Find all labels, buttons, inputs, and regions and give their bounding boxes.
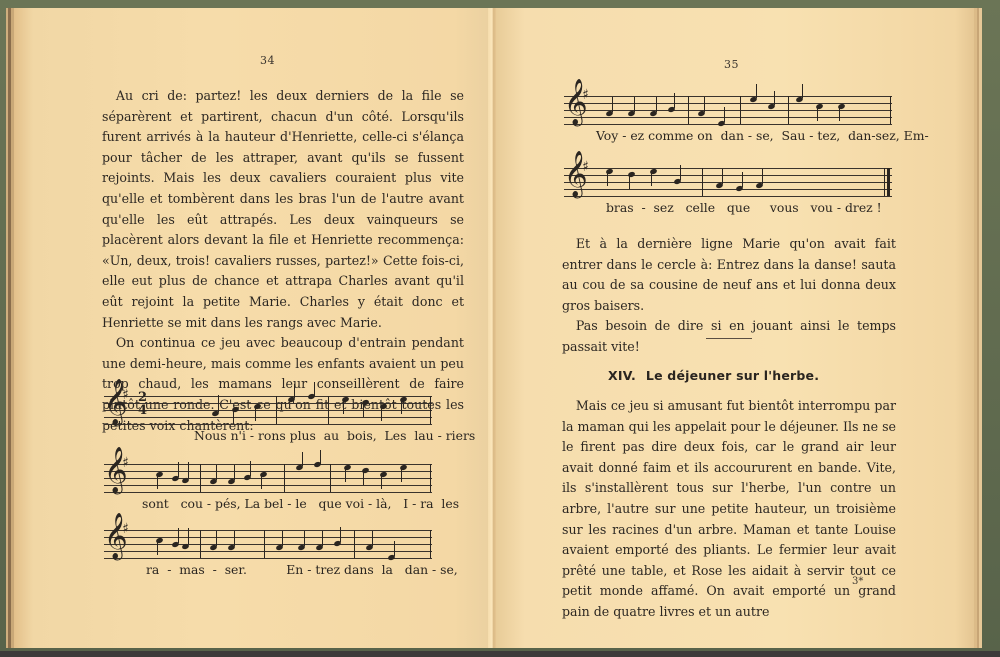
music-staff-4: 𝄞 ♯ Voy - ez comme on dan - se, Sau - te…: [564, 92, 892, 148]
page-number-left: 34: [260, 54, 275, 67]
sharp-icon: ♯: [582, 87, 589, 103]
cover-edge: [0, 651, 1000, 657]
paragraph: Pas besoin de dire si en jouant ainsi le…: [562, 316, 896, 357]
chapter-title: Le déjeuner sur l'herbe.: [646, 368, 819, 383]
paragraph: Au cri de: partez! les deux derniers de …: [102, 86, 464, 333]
staff-lines: [104, 464, 432, 492]
time-signature: 24: [138, 391, 147, 417]
sharp-icon: ♯: [582, 159, 589, 175]
chapter-number: XIV.: [608, 368, 636, 383]
paragraph: Mais ce jeu si amusant fut bientôt inter…: [562, 396, 896, 623]
chapter-heading: XIV.Le déjeuner sur l'herbe.: [608, 368, 819, 383]
staff-lines: [564, 168, 892, 196]
staff-lines: [104, 396, 432, 424]
music-staff-3: 𝄞 ♯ ra - mas - ser. En - trez dans la da…: [104, 526, 432, 582]
staff-lines: [104, 530, 432, 558]
music-staff-1: 𝄞 ♯ 24 Nous n'i - rons plus au bois, Les…: [104, 392, 432, 448]
sharp-icon: ♯: [122, 387, 129, 403]
right-page: 35 𝄞 ♯ Voy - ez comme on dan - se, Sau -…: [496, 8, 974, 648]
page-number-right: 35: [724, 58, 739, 71]
music-staff-2: 𝄞 ♯ sont cou - pés, La bel - le que voi …: [104, 460, 432, 516]
sharp-icon: ♯: [122, 455, 129, 471]
lyrics-line: Voy - ez comme on dan - se, Sau - tez, d…: [596, 128, 892, 143]
right-page-text: Et à la dernière ligne Marie qu'on avait…: [562, 234, 896, 358]
lyrics-line: ra - mas - ser. En - trez dans la dan - …: [146, 562, 432, 577]
signature-mark: 3*: [852, 576, 863, 587]
left-page: 34 Au cri de: partez! les deux derniers …: [14, 8, 492, 648]
section-divider: [706, 338, 752, 339]
staff-lines: [564, 96, 892, 124]
left-page-text: Au cri de: partez! les deux derniers de …: [102, 86, 464, 436]
lyrics-line: sont cou - pés, La bel - le que voi - là…: [142, 496, 432, 511]
paragraph: Et à la dernière ligne Marie qu'on avait…: [562, 234, 896, 316]
lyrics-line: Nous n'i - rons plus au bois, Les lau - …: [194, 428, 432, 443]
chapter-text: Mais ce jeu si amusant fut bientôt inter…: [562, 396, 896, 623]
music-staff-5: 𝄞 ♯ bras - sez celle que vous vou - drez…: [564, 164, 892, 220]
sharp-icon: ♯: [122, 521, 129, 537]
lyrics-line: bras - sez celle que vous vou - drez !: [606, 200, 892, 215]
